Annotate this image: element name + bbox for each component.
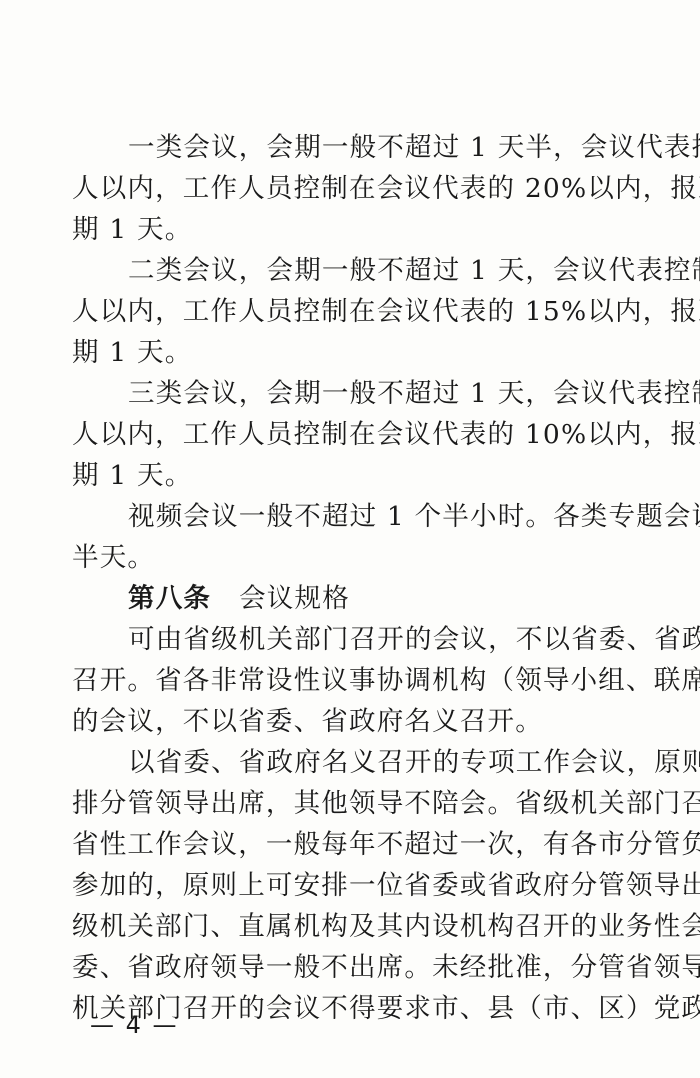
paragraph-class-one-meetings: 一类会议，会期一般不超过 1 天半，会议代表控制在 600 人以内，工作人员控制… xyxy=(72,127,678,250)
text-line: 级机关部门、直属机构及其内设机构召开的业务性会议，省 xyxy=(72,906,678,947)
page-number: — 4 — xyxy=(90,1010,179,1040)
text-line: 人以内，工作人员控制在会议代表的 20%以内，报到和清场 xyxy=(72,168,678,209)
paragraph-department-meetings: 可由省级机关部门召开的会议，不以省委、省政府名义 召开。省各非常设性议事协调机构… xyxy=(72,619,678,742)
article-heading: 第八条会议规格 xyxy=(72,578,678,619)
text-line: 参加的，原则上可安排一位省委或省政府分管领导出席。省 xyxy=(72,865,678,906)
text-line: 期 1 天。 xyxy=(72,332,678,373)
paragraph-attendance-rules: 以省委、省政府名义召开的专项工作会议，原则上只安 排分管领导出席，其他领导不陪会… xyxy=(72,742,678,1029)
paragraph-class-three-meetings: 三类会议，会期一般不超过 1 天，会议代表控制在 200 人以内，工作人员控制在… xyxy=(72,373,678,496)
text-line: 委、省政府领导一般不出席。未经批准，分管省领导及省级 xyxy=(72,947,678,988)
paragraph-video-meetings: 视频会议一般不超过 1 个半小时。各类专题会议不超过 半天。 xyxy=(72,496,678,578)
text-line: 省性工作会议，一般每年不超过一次，有各市分管负责同志 xyxy=(72,824,678,865)
document-body: 一类会议，会期一般不超过 1 天半，会议代表控制在 600 人以内，工作人员控制… xyxy=(72,127,678,1029)
text-line: 的会议，不以省委、省政府名义召开。 xyxy=(72,701,678,742)
text-line: 期 1 天。 xyxy=(72,455,678,496)
paragraph-class-two-meetings: 二类会议，会期一般不超过 1 天，会议代表控制在 300 人以内，工作人员控制在… xyxy=(72,250,678,373)
document-page: 一类会议，会期一般不超过 1 天半，会议代表控制在 600 人以内，工作人员控制… xyxy=(0,0,700,1078)
text-line: 一类会议，会期一般不超过 1 天半，会议代表控制在 600 xyxy=(72,127,678,168)
article-number: 第八条 xyxy=(128,583,211,614)
text-line: 可由省级机关部门召开的会议，不以省委、省政府名义 xyxy=(72,619,678,660)
text-line: 人以内，工作人员控制在会议代表的 10%以内，报到和清场 xyxy=(72,414,678,455)
text-line: 排分管领导出席，其他领导不陪会。省级机关部门召开的全 xyxy=(72,783,678,824)
text-line: 以省委、省政府名义召开的专项工作会议，原则上只安 xyxy=(72,742,678,783)
text-line: 半天。 xyxy=(72,537,678,578)
text-line: 召开。省各非常设性议事协调机构（领导小组、联席会议等） xyxy=(72,660,678,701)
text-line: 视频会议一般不超过 1 个半小时。各类专题会议不超过 xyxy=(72,496,678,537)
article-title: 会议规格 xyxy=(239,583,350,614)
text-line: 期 1 天。 xyxy=(72,209,678,250)
text-line: 二类会议，会期一般不超过 1 天，会议代表控制在 300 xyxy=(72,250,678,291)
text-line: 人以内，工作人员控制在会议代表的 15%以内，报到和清场 xyxy=(72,291,678,332)
text-line: 三类会议，会期一般不超过 1 天，会议代表控制在 200 xyxy=(72,373,678,414)
